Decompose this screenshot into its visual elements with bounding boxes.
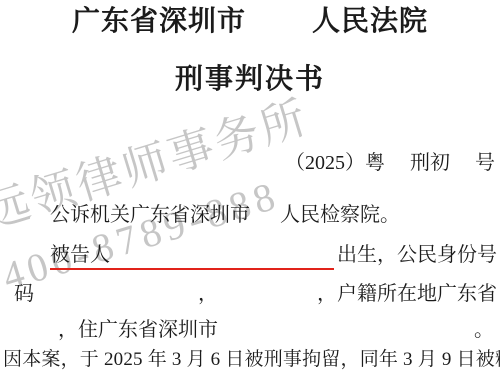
case-number-type: 刑初 <box>410 150 450 176</box>
court-title-suffix: 人民法院 <box>312 5 428 39</box>
judgment-document-page: 远领律师事务所 400-8789-888 广东省深圳市 人民法院 刑事判决书 （… <box>0 0 500 375</box>
court-title-prefix: 广东省深圳市 <box>72 5 246 39</box>
id-number-comma: ， <box>198 281 218 307</box>
id-number-line-tail: ，户籍所在地广东省 <box>317 281 497 307</box>
defendant-label: 被告人 <box>50 242 110 268</box>
residence-line-lead: ，住广东省深圳市 <box>58 317 218 343</box>
court-title-line: 广东省深圳市 人民法院 <box>0 5 500 39</box>
prosecution-line-left: 公诉机关广东省深圳市 <box>50 202 250 228</box>
case-number-year: （2025）粤 <box>285 150 385 176</box>
case-number-suffix: 号 <box>475 150 495 176</box>
id-number-label: 码 <box>14 281 34 307</box>
defendant-line-tail: 出生，公民身份号 <box>337 242 497 268</box>
residence-line-period: 。 <box>474 317 494 343</box>
doc-type-title: 刑事判决书 <box>0 62 500 98</box>
prosecution-line-right: 人民检察院。 <box>280 202 400 228</box>
case-number-line: （2025）粤 刑初 号 <box>285 150 495 176</box>
redaction-underline <box>50 268 334 270</box>
detention-line: 因本案，于 2025 年 3 月 6 日被刑事拘留，同年 3 月 9 日被释放， <box>3 347 500 373</box>
